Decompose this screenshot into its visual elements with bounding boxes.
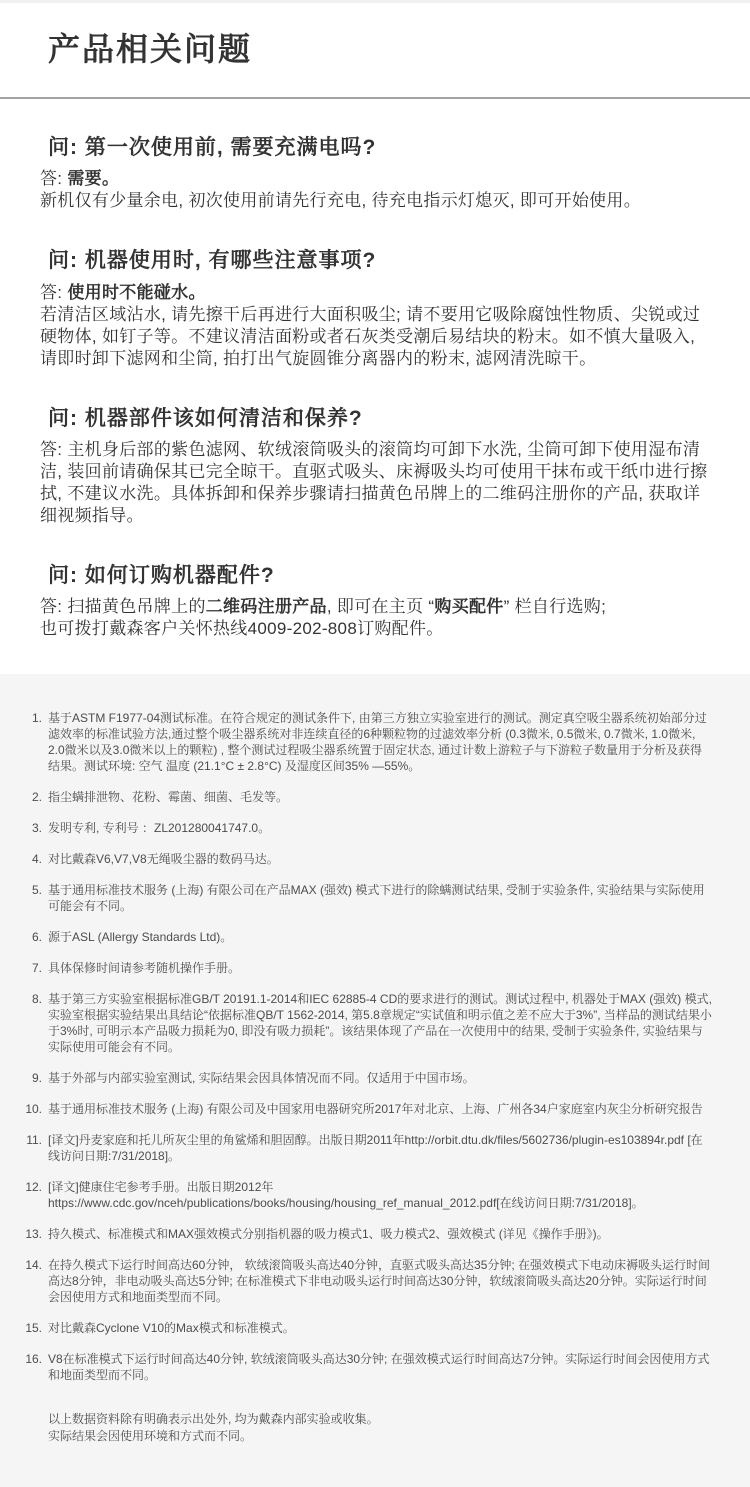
page-header: 产品相关问题	[0, 3, 750, 69]
footnotes-list: 1.基于ASTM F1977-04测试标准。在符合规定的测试条件下, 由第三方独…	[0, 710, 712, 1383]
answer-emphasis: 使用时不能碰水。	[67, 283, 205, 302]
footnote-item: 8.基于第三方实验室根据标准GB/T 20191.1-2014和IEC 6288…	[0, 991, 712, 1055]
closing-line: 实际结果会因使用环境和方式而不同。	[48, 1428, 674, 1445]
footnote-text: V8在标准模式下运行时间高达40分钟, 软绒滚筒吸头高达30分钟; 在强效模式运…	[48, 1352, 709, 1382]
faq-item: 问: 机器使用时, 有哪些注意事项? 答: 使用时不能碰水。 若清洁区域沾水, …	[40, 248, 712, 369]
title-divider	[0, 97, 750, 99]
footnote-text: 发明专利, 专利号 ：ZL201280041747.0。	[48, 821, 270, 835]
footnote-number: 12.	[0, 1179, 42, 1195]
faq-item: 问: 机器部件该如何清洁和保养? 答: 主机身后部的紫色滤网、软绒滚筒吸头的滚筒…	[40, 406, 712, 527]
footnote-number: 16.	[0, 1351, 42, 1367]
footnote-number: 5.	[0, 882, 42, 898]
footnote-item: 14.在持久模式下运行时间高达60分钟， 软绒滚筒吸头高达40分钟，直驱式吸头高…	[0, 1257, 712, 1305]
answer-label: 答:	[40, 169, 67, 188]
footnote-number: 2.	[0, 789, 42, 805]
faq-answer-body: 答: 主机身后部的紫色滤网、软绒滚筒吸头的滚筒均可卸下水洗, 尘筒可卸下使用湿布…	[40, 439, 712, 527]
faq-item: 问: 如何订购机器配件? 答: 扫描黄色吊牌上的二维码注册产品, 即可在主页 “…	[40, 563, 712, 640]
footnote-number: 1.	[0, 710, 42, 726]
footnote-number: 10.	[0, 1101, 42, 1117]
footnote-item: 6.源于ASL (Allergy Standards Ltd)。	[0, 929, 712, 945]
footnote-item: 11.[译文]丹麦家庭和托儿所灰尘里的角鲨烯和胆固醇。出版日期2011年http…	[0, 1132, 712, 1164]
footnote-number: 9.	[0, 1070, 42, 1086]
footnote-text: 对比戴森V6,V7,V8无绳吸尘器的数码马达。	[48, 852, 279, 866]
footnote-item: 16.V8在标准模式下运行时间高达40分钟, 软绒滚筒吸头高达30分钟; 在强效…	[0, 1351, 712, 1383]
footnote-number: 6.	[0, 929, 42, 945]
footnote-text: 具体保修时间请参考随机操作手册。	[48, 961, 240, 975]
footnote-text: 基于第三方实验室根据标准GB/T 20191.1-2014和IEC 62885-…	[48, 992, 712, 1054]
footnote-text: 基于通用标准技术服务 (上海) 有限公司在产品MAX (强效) 模式下进行的除螨…	[48, 883, 705, 913]
answer-label: 答:	[40, 283, 67, 302]
faq-question: 问: 如何订购机器配件?	[48, 563, 712, 589]
footnote-text: [译文]丹麦家庭和托儿所灰尘里的角鲨烯和胆固醇。出版日期2011年http://…	[48, 1133, 703, 1163]
closing-line: 以上数据资料除有明确表示出处外, 均为戴森内部实验或收集。	[48, 1411, 674, 1428]
footnote-item: 7.具体保修时间请参考随机操作手册。	[0, 960, 712, 976]
footnote-text: 对比戴森Cyclone V10的Max模式和标准模式。	[48, 1321, 295, 1335]
product-faq-page: 产品相关问题 问: 第一次使用前, 需要充满电吗? 答: 需要。 新机仅有少量余…	[0, 0, 750, 1487]
answer-emphasis: 购买配件	[434, 597, 503, 616]
faq-question: 问: 机器使用时, 有哪些注意事项?	[48, 248, 712, 274]
faq-answer-lead: 答: 需要。	[40, 168, 712, 190]
footnote-item: 9.基于外部与内部实验室测试, 实际结果会因具体情况而不同。仅适用于中国市场。	[0, 1070, 712, 1086]
footnote-number: 4.	[0, 851, 42, 867]
footnote-text: 基于ASTM F1977-04测试标准。在符合规定的测试条件下, 由第三方独立实…	[48, 711, 707, 773]
answer-emphasis: 需要。	[67, 169, 119, 188]
footnote-item: 5.基于通用标准技术服务 (上海) 有限公司在产品MAX (强效) 模式下进行的…	[0, 882, 712, 914]
faq-answer-lead: 答: 扫描黄色吊牌上的二维码注册产品, 即可在主页 “购买配件” 栏自行选购;	[40, 596, 712, 618]
faq-section: 问: 第一次使用前, 需要充满电吗? 答: 需要。 新机仅有少量余电, 初次使用…	[0, 135, 750, 674]
faq-answer-lead: 答: 使用时不能碰水。	[40, 282, 712, 304]
footnote-number: 15.	[0, 1320, 42, 1336]
footnote-text: 源于ASL (Allergy Standards Ltd)。	[48, 930, 232, 944]
footnote-item: 15.对比戴森Cyclone V10的Max模式和标准模式。	[0, 1320, 712, 1336]
footnote-text: 指尘螨排泄物、花粉、霉菌、细菌、毛发等。	[48, 790, 288, 804]
footnote-item: 3.发明专利, 专利号 ：ZL201280041747.0。	[0, 820, 712, 836]
footnote-item: 4.对比戴森V6,V7,V8无绳吸尘器的数码马达。	[0, 851, 712, 867]
footnote-number: 8.	[0, 991, 42, 1007]
page-title: 产品相关问题	[48, 29, 712, 69]
footnote-number: 14.	[0, 1257, 42, 1273]
footnote-item: 1.基于ASTM F1977-04测试标准。在符合规定的测试条件下, 由第三方独…	[0, 710, 712, 774]
footnote-number: 13.	[0, 1226, 42, 1242]
footnote-number: 7.	[0, 960, 42, 976]
answer-text: 答: 扫描黄色吊牌上的	[40, 597, 206, 616]
faq-answer-body: 也可拨打戴森客户关怀热线4009-202-808订购配件。	[40, 618, 712, 640]
answer-text: , 即可在主页 “	[327, 597, 435, 616]
footnote-text: [译文]健康住宅参考手册。出版日期2012年https://www.cdc.go…	[48, 1180, 644, 1210]
answer-emphasis: 二维码注册产品	[206, 597, 327, 616]
answer-text: ” 栏自行选购;	[504, 597, 607, 616]
faq-question: 问: 机器部件该如何清洁和保养?	[48, 406, 712, 432]
faq-item: 问: 第一次使用前, 需要充满电吗? 答: 需要。 新机仅有少量余电, 初次使用…	[40, 135, 712, 212]
footnote-number: 11.	[0, 1132, 42, 1148]
footnote-text: 在持久模式下运行时间高达60分钟， 软绒滚筒吸头高达40分钟，直驱式吸头高达35…	[48, 1258, 710, 1304]
closing-note: 以上数据资料除有明确表示出处外, 均为戴森内部实验或收集。 实际结果会因使用环境…	[48, 1411, 674, 1445]
footnotes-section: 1.基于ASTM F1977-04测试标准。在符合规定的测试条件下, 由第三方独…	[0, 674, 750, 1487]
footnote-item: 12.[译文]健康住宅参考手册。出版日期2012年https://www.cdc…	[0, 1179, 712, 1211]
footnote-text: 持久模式、标准模式和MAX强效模式分别指机器的吸力模式1、吸力模式2、强效模式 …	[48, 1227, 609, 1241]
footnote-item: 13.持久模式、标准模式和MAX强效模式分别指机器的吸力模式1、吸力模式2、强效…	[0, 1226, 712, 1242]
faq-question: 问: 第一次使用前, 需要充满电吗?	[48, 135, 712, 161]
faq-answer-body: 若清洁区域沾水, 请先擦干后再进行大面积吸尘; 请不要用它吸除腐蚀性物质、尖锐或…	[40, 304, 712, 370]
footnote-item: 10.基于通用标准技术服务 (上海) 有限公司及中国家用电器研究所2017年对北…	[0, 1101, 712, 1117]
footnote-number: 3.	[0, 820, 42, 836]
faq-answer-body: 新机仅有少量余电, 初次使用前请先行充电, 待充电指示灯熄灭, 即可开始使用。	[40, 190, 712, 212]
footnote-text: 基于通用标准技术服务 (上海) 有限公司及中国家用电器研究所2017年对北京、上…	[48, 1102, 703, 1116]
footnote-item: 2.指尘螨排泄物、花粉、霉菌、细菌、毛发等。	[0, 789, 712, 805]
footnote-text: 基于外部与内部实验室测试, 实际结果会因具体情况而不同。仅适用于中国市场。	[48, 1071, 475, 1085]
